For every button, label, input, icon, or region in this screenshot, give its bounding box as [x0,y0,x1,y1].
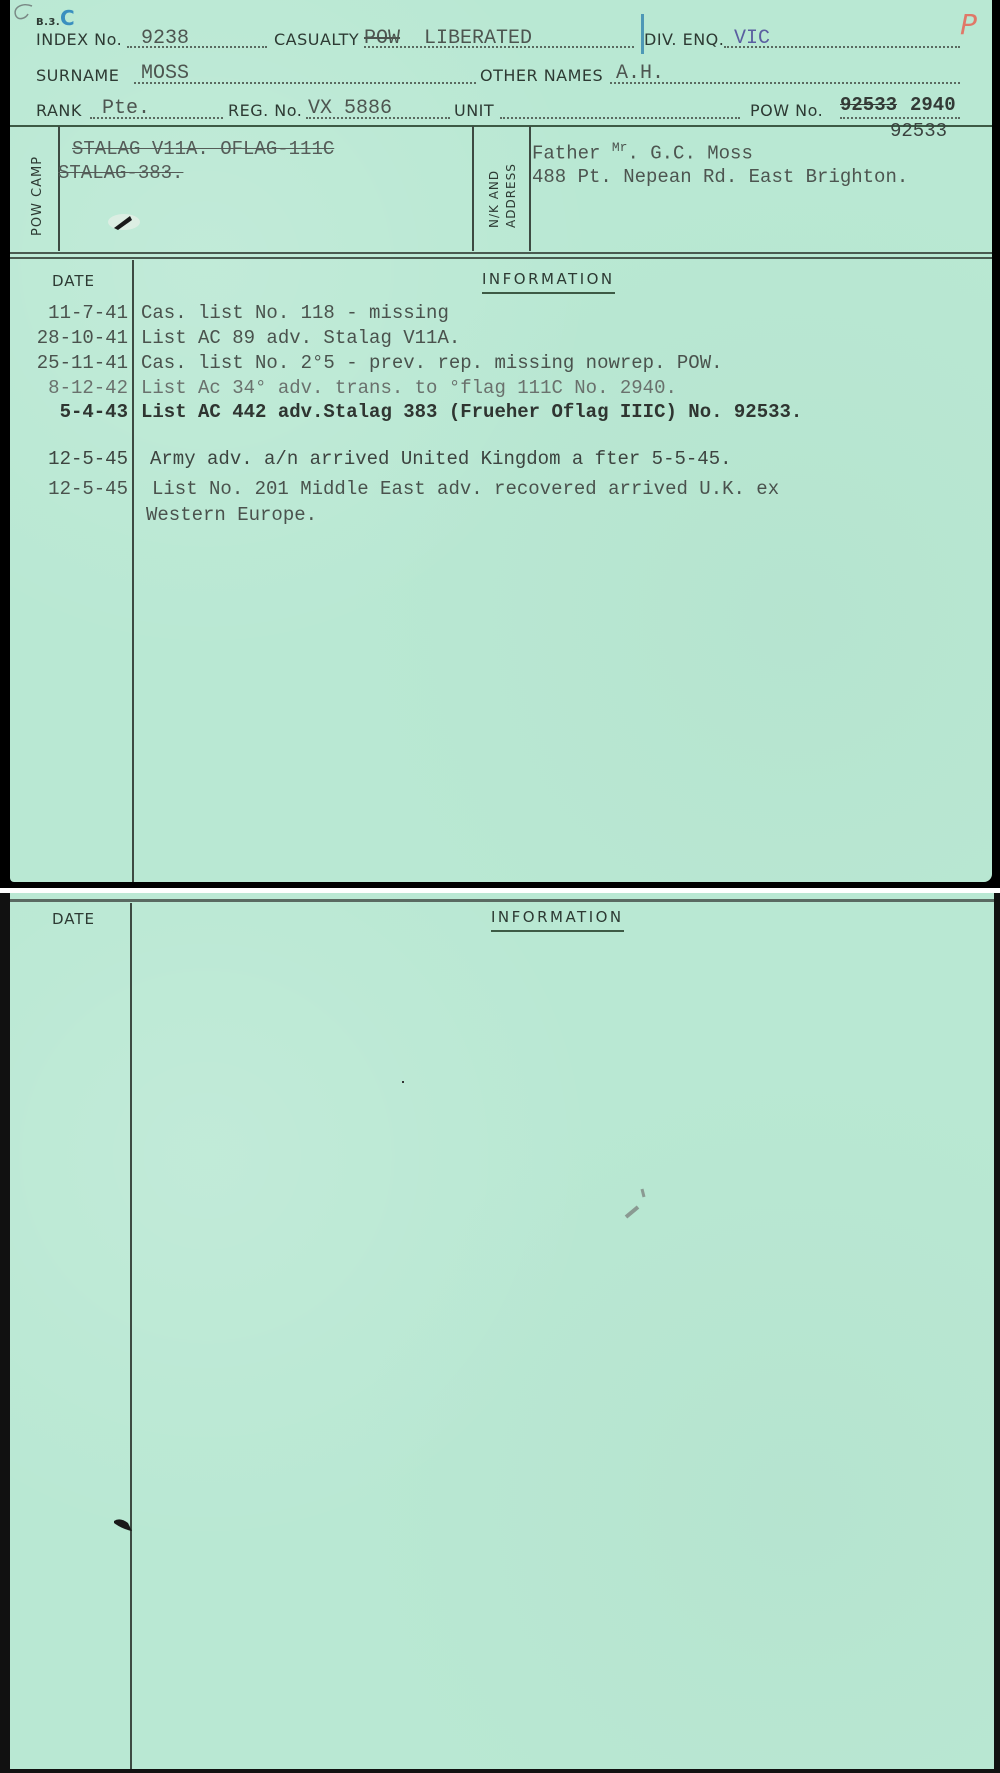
casualty-struck-value: POW [364,27,400,50]
record-card-back: DATE INFORMATION [0,893,1000,1773]
entry-date: 12-5-45 [10,448,128,470]
information-header: INFORMATION [482,270,615,294]
record-card-front: B.3. C P INDEX No. 9238 CASUALTY POW LIB… [0,0,1000,888]
ink-blot-mark [106,1511,146,1541]
other-names-value: A.H. [616,62,664,85]
pow-camp-line2: STALAG-383. [58,162,183,184]
div-enq-label: DIV. ENQ. [644,30,724,49]
nk-address-line1: Father Mr. G.C. Moss [532,140,753,164]
entry-text: List No. 201 Middle East adv. recovered … [152,478,779,500]
unit-label: UNIT [454,101,494,120]
casualty-value: LIBERATED [424,27,532,50]
entry-date: 11-7-41 [10,302,128,324]
entry-date: 25-11-41 [10,352,128,374]
entry-text: List AC 442 adv.Stalag 383 (Frueher Ofla… [141,401,802,423]
card-paper: DATE INFORMATION [10,893,994,1769]
casualty-label: CASUALTY [274,30,359,49]
pow-no-value-below: 92533 [890,120,947,142]
card-paper: B.3. C P INDEX No. 9238 CASUALTY POW LIB… [10,0,992,882]
reg-no-value: VX 5886 [308,97,392,120]
nk-address-line2: 488 Pt. Nepean Rd. East Brighton. [532,166,908,188]
nk-label-line1: N/K AND [487,170,501,228]
ink-blot-mark [100,208,150,238]
date-header: DATE [52,910,95,928]
surname-value: MOSS [141,62,189,85]
rank-label: RANK [36,101,82,120]
pow-camp-label: POW CAMP [30,156,45,236]
nk-label-line2: ADDRESS [504,163,518,228]
rank-value: Pte. [102,97,150,120]
entry-text: Cas. list No. 2°5 - prev. rep. missing n… [141,352,723,374]
information-header: INFORMATION [491,908,624,932]
pow-no-label: POW No. [750,101,823,120]
form-code: B.3. [36,17,60,28]
other-names-label: OTHER NAMES [480,66,603,85]
entry-text: Cas. list No. 118 - missing [141,302,449,324]
pow-no-struck-value: 92533 [840,94,897,116]
dot-mark [402,1081,404,1083]
entry-date: 12-5-45 [10,478,128,500]
index-no-value: 9238 [141,27,189,50]
entry-date: 8-12-42 [10,377,128,399]
pow-camp-line1: STALAG V11A. OFLAG-111C [72,138,334,160]
entry-text: List AC 89 adv. Stalag V11A. [141,327,460,349]
entry-date: 5-4-43 [10,401,128,423]
reg-no-label: REG. No. [228,101,302,120]
surname-label: SURNAME [36,66,119,85]
corner-mark-p: P [960,8,977,41]
entry-date: 28-10-41 [10,327,128,349]
entry-text: Western Europe. [146,504,317,526]
smudge-mark [620,1183,650,1223]
div-enq-value: VIC [734,27,770,50]
entry-text: Army adv. a/n arrived United Kingdom a f… [150,448,732,470]
pow-no-value: 2940 [910,94,956,116]
date-header: DATE [52,272,95,290]
index-no-label: INDEX No. [36,30,122,49]
entry-text: List Ac 34° adv. trans. to °flag 111C No… [141,377,677,399]
form-code-handwritten: C [60,6,75,30]
